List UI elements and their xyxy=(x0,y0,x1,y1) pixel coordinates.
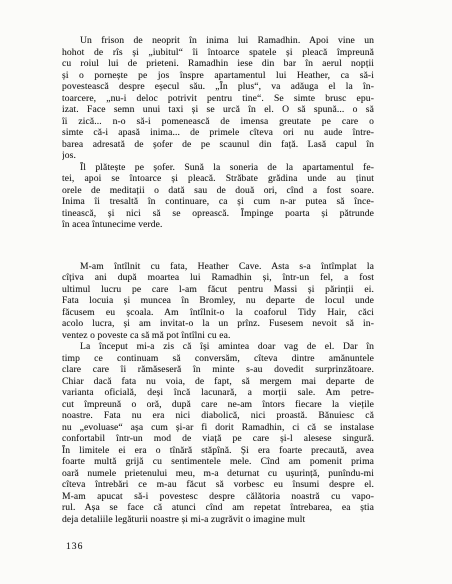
text-line: tinească, și nici să se oprească. Împing… xyxy=(62,208,374,220)
text-line: M-am întîlnit cu fata, Heather Cave. Ast… xyxy=(62,261,374,273)
text-line: confortabil într-un mod de viață pe care… xyxy=(62,433,374,445)
text-line: hohot de rîs și „iubitul“ îi întoarce sp… xyxy=(62,47,374,59)
text-line: cu roiul lui de prieteni. Ramadhin iese … xyxy=(62,58,374,70)
text-line: clare care îi rămăseseră în minte s-au d… xyxy=(62,364,374,376)
text-line: nu „evoluase“ așa cum și-ar fi dorit Ram… xyxy=(62,422,374,434)
text-line: cîteva întrebări ce m-au făcut să vorbes… xyxy=(62,479,374,491)
text-line: izat. Face semn unui taxi și se urcă în … xyxy=(62,104,374,116)
text-line: făcusem eu școala. Am întîlnit-o la coaf… xyxy=(62,307,374,319)
text-line: simte că-i apasă inima... de primele cît… xyxy=(62,127,374,139)
text-line: cîțiva ani după moartea lui Ramadhin și,… xyxy=(62,272,374,284)
text-line: În limitele ei era o tînără stăpînă. Și … xyxy=(62,445,374,457)
text-line: Fata locuia și muncea în Bromley, nu dep… xyxy=(62,295,374,307)
text-line: deja detaliile legăturii noastre și mi-a… xyxy=(62,514,374,526)
text-line: foarte multă grijă cu sentimentele mele.… xyxy=(62,456,374,468)
text-line: noastre. Fata nu era nici diabolică, nic… xyxy=(62,410,374,422)
text-line: Un frison de neoprit în inima lui Ramadh… xyxy=(62,35,374,47)
text-line: Îl plătește pe șofer. Sună la soneria de… xyxy=(62,162,374,174)
text-line: tei, apoi se întoarce și pleacă. Străbat… xyxy=(62,173,374,185)
text-line: oară numele prietenului meu, m-a deturna… xyxy=(62,468,374,480)
text-line: Inima îi tresaltă în continuare, ca și c… xyxy=(62,196,374,208)
text-line: orele de meditații o dată sau de două or… xyxy=(62,185,374,197)
text-line: ultimul lucru pe care l-am făcut pentru … xyxy=(62,284,374,296)
text-line: și o pornește pe jos înspre apartamentul… xyxy=(62,70,374,82)
text-line: acolo lucra, și am invitat-o la un prînz… xyxy=(62,318,374,330)
text-line: rul. Așa se face că atunci cînd am repet… xyxy=(62,502,374,514)
page-number: 136 xyxy=(66,541,83,552)
text-line: Chiar dacă fata nu voia, de fapt, să mer… xyxy=(62,376,374,388)
text-line: varianta oficială, deși încă lacunară, a… xyxy=(62,387,374,399)
text-line: timp ce continuam să conversăm, cîteva d… xyxy=(62,353,374,365)
paragraph: Un frison de neoprit în inima lui Ramadh… xyxy=(62,35,374,162)
text-line: îi zică... n-o să-i pomenească de imensa… xyxy=(62,116,374,128)
paragraph: Îl plătește pe șofer. Sună la soneria de… xyxy=(62,162,374,231)
text-line: toarcere, „nu-i deloc potrivit pentru ti… xyxy=(62,93,374,105)
text-line: în acea întunecime verde. xyxy=(62,219,374,231)
text-line: cut împreună o oră, după care ne-am înto… xyxy=(62,399,374,411)
text-line: povestească despre eșecul său. „În plus“… xyxy=(62,81,374,93)
text-line: M-am apucat să-i povestesc despre călăto… xyxy=(62,491,374,503)
page-text-block: Un frison de neoprit în inima lui Ramadh… xyxy=(62,35,374,525)
paragraph: La început mi-a zis că își amintea doar … xyxy=(62,341,374,525)
text-line: ventez o poveste ca să mă pot întîlni cu… xyxy=(62,330,374,342)
paragraph: M-am întîlnit cu fata, Heather Cave. Ast… xyxy=(62,261,374,342)
book-page: Un frison de neoprit în inima lui Ramadh… xyxy=(0,0,452,584)
text-line: barea adresată de șofer de pe scaunul di… xyxy=(62,139,374,151)
text-line: jos. xyxy=(62,150,374,162)
text-line: La început mi-a zis că își amintea doar … xyxy=(62,341,374,353)
